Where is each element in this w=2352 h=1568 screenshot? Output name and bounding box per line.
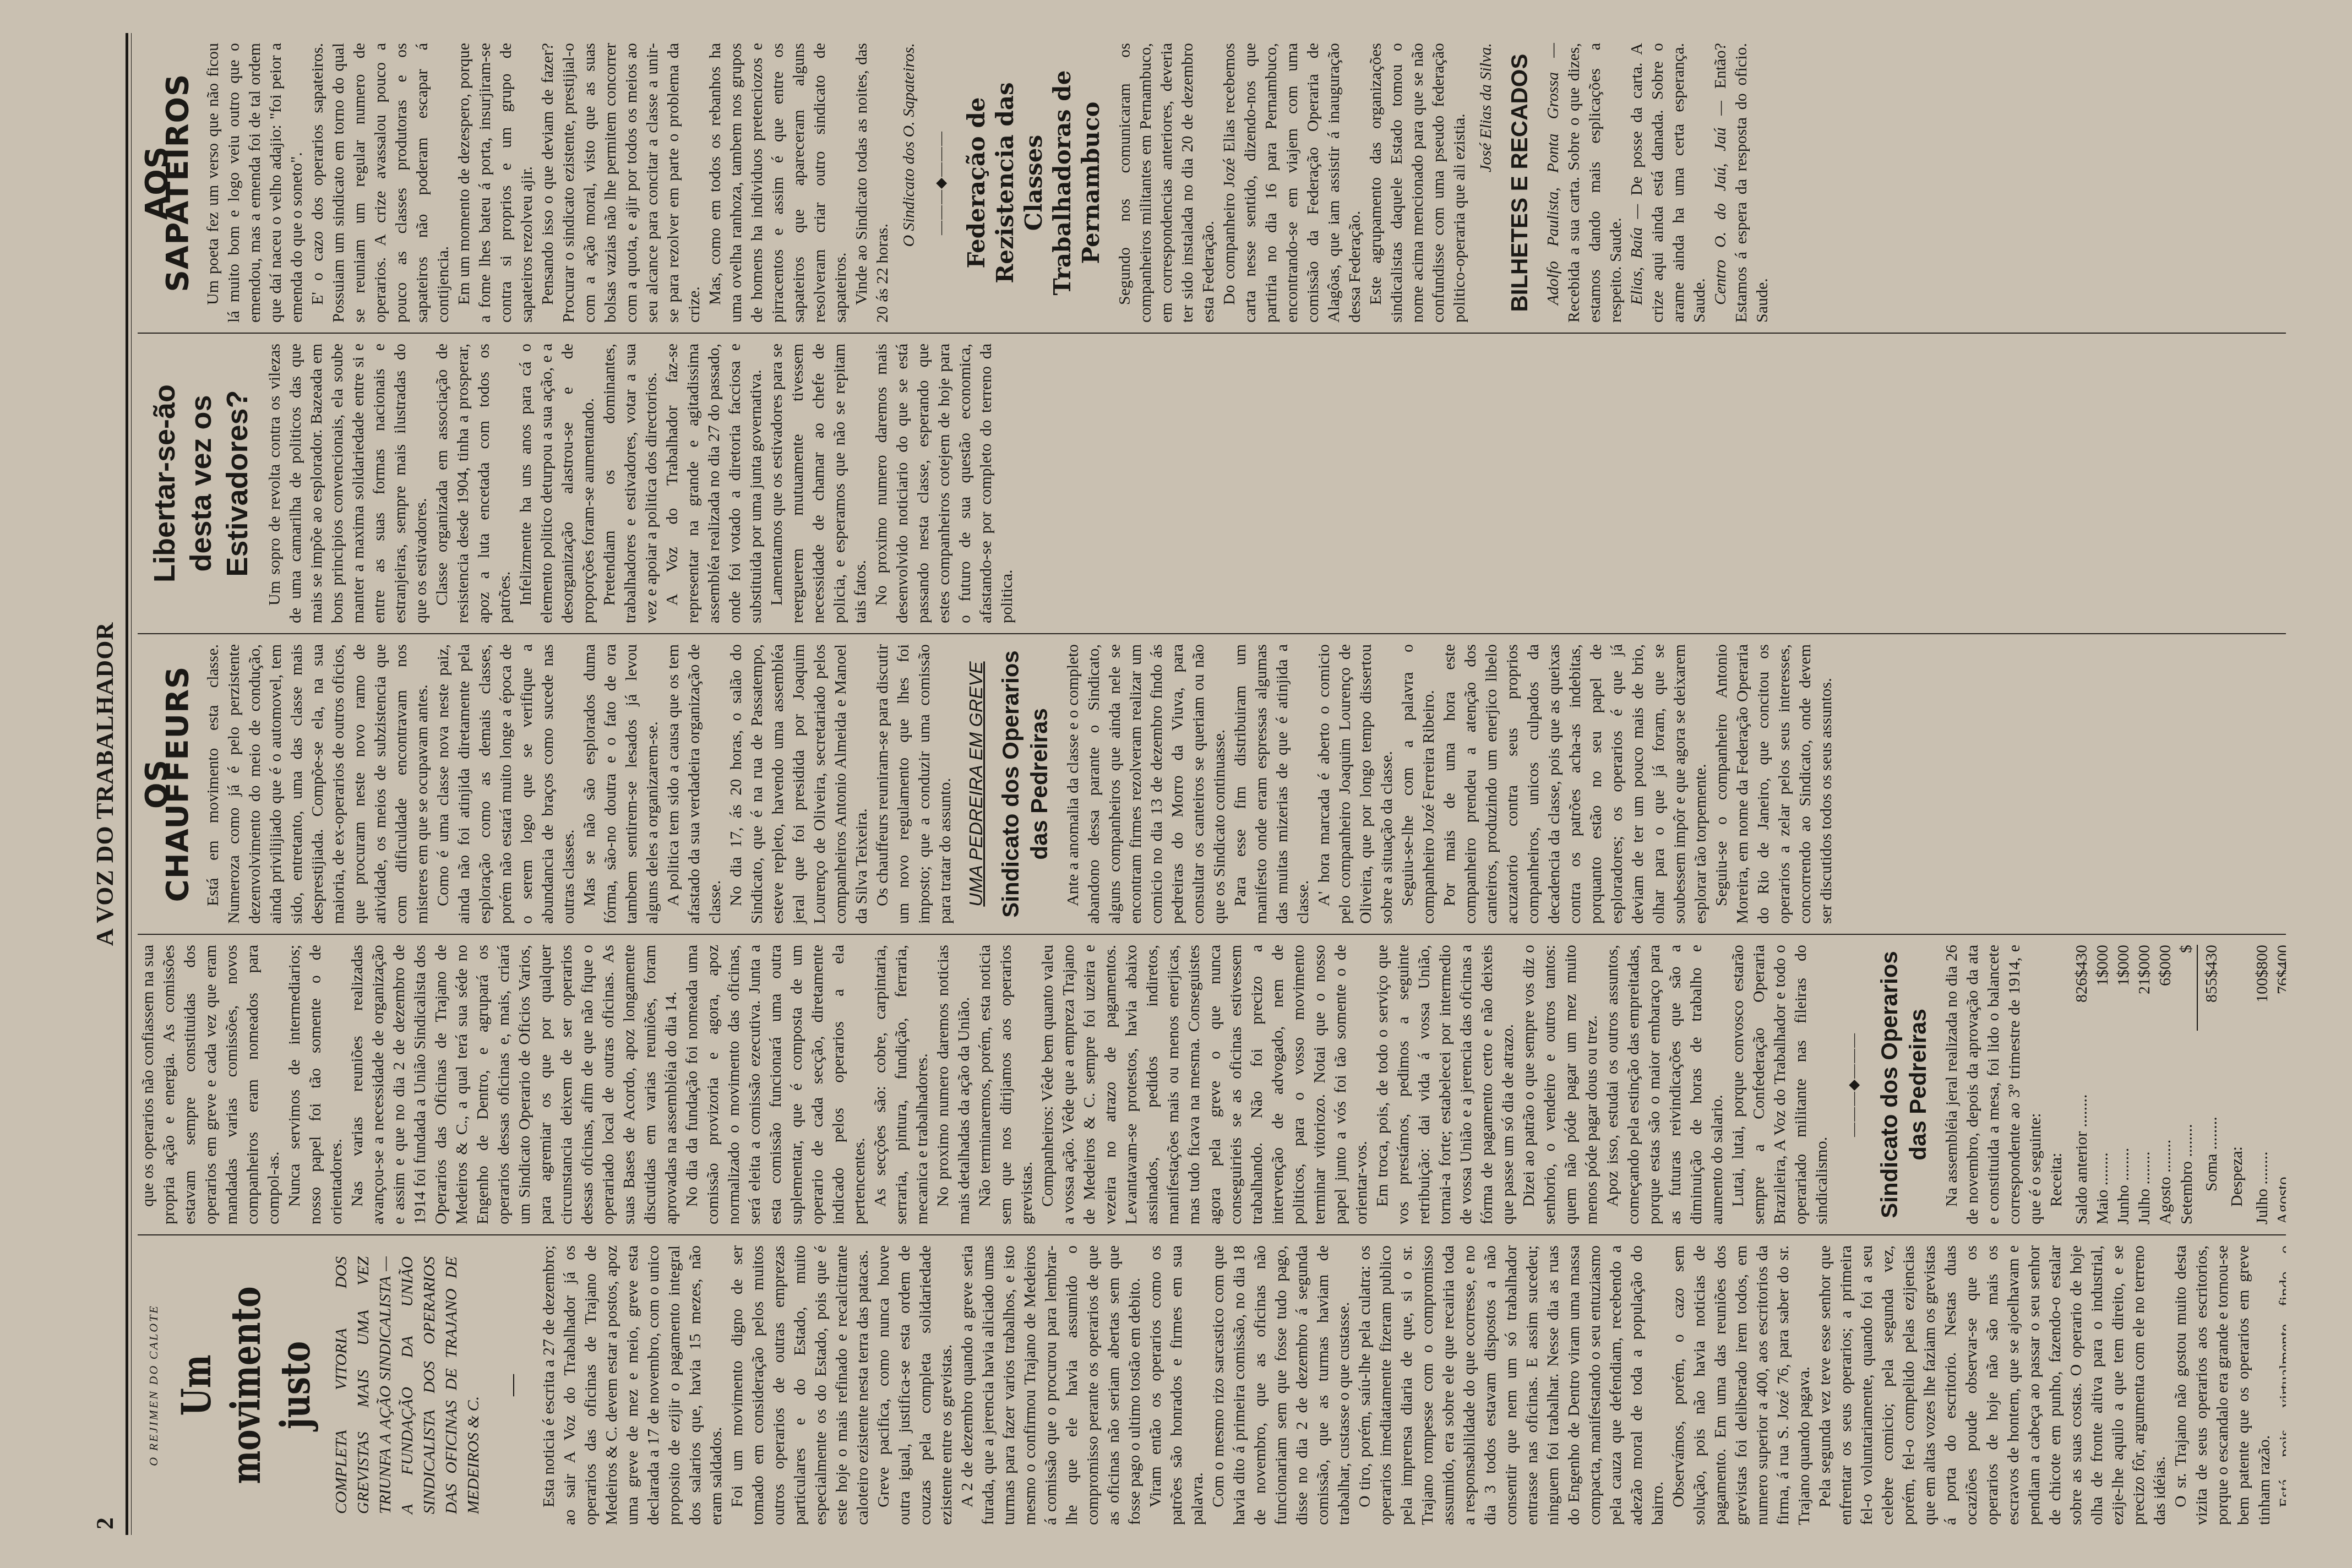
paragraph: Como é uma classe nova neste paiz, ainda… [433,644,579,924]
ledger-item: Agosto ........ [2273,1028,2286,1224]
paragraph: Foi um movimento digno de ser tomado em … [727,1245,873,1525]
paragraph: Apoz isso, estudai os outros assuntos, c… [1602,945,1728,1224]
paragraph: A' hora marcada é aberto o comicio pelo … [1314,644,1397,924]
article-headline: Libertar-se-ão desta vez os Estivadores? [146,344,255,623]
ledger-item: Junho ........ [2113,1031,2134,1224]
paragraph: Infelizmente ha uns anos para cá o eleme… [515,344,599,623]
ledger-item: Setembro ........ [2176,1031,2197,1224]
note-recipient: Centro O. do Jaú, Jaú — [1711,89,1729,305]
column-5: AOS SAPATEIROS Um poeta fez um verso que… [138,33,2286,333]
paragraph: A 2 de dezembro quando a greve seria fur… [957,1245,1145,1525]
ledger-item: Julho ........ [2252,1028,2273,1224]
ledger-amount: $ [2176,945,2197,1031]
ledger-item: Agosto ........ [2155,1031,2176,1224]
paragraph: Companheiros: Vêde bem quanto valeu a vo… [1037,945,1372,1224]
article-headline: Sindicato dos Operarios das Pedreiras [1875,945,1932,1224]
article-kicker: O REJIMEN DO CALOTE [143,1245,164,1525]
paragraph: Vinde ao Sindicato todas as noites, das … [851,43,893,323]
paragraph: Por mais de uma hora este companheiro pr… [1439,644,1711,924]
newspaper-title: A VOZ DO TRABALHADOR [91,622,119,946]
article-body: Ante a anomalia da classe e o completo a… [1063,644,1837,924]
ledger-amount: 1$000 [2113,945,2134,1031]
paragraph: No proximo numero daremos mais desenvolv… [871,344,1017,623]
article-body: Está em movimento esta classe. Numeroza … [203,644,956,924]
note-item: Elias, Baía — De posse da carta. A crize… [1626,43,1710,323]
newspaper-page: 2 A VOZ DO TRABALHADOR O REJIMEN DO CALO… [0,0,2352,1568]
paragraph: Mas se não são esplorados duma fórma, sã… [579,644,663,924]
ornament-divider: ―――◆――― [1843,945,1864,1224]
section-title: UMA PEDREIRA EM GREVE [966,644,987,924]
paragraph: Greve pacifica, como nunca houve outra i… [873,1245,957,1525]
paragraph: Pela segunda vez teve esse senhor que en… [1815,1245,2170,1525]
ledger-row: Julho ........100$800 [2252,945,2273,1224]
column-1: O REJIMEN DO CALOTE Um movimento justo C… [138,1234,2286,1535]
paragraph: Com o mesmo rizo sarcastico com que havi… [1208,1245,1354,1525]
paragraph: Em um momento de dezespero, porque a fom… [454,43,537,323]
ledger-row: Maio ........1$000 [2092,945,2113,1224]
article-intro: Na assembléia jeral realizada no dia 26 … [1941,945,2046,1224]
paragraph: Um sopro de revolta contra os vilezas de… [264,344,432,623]
column-3: OS CHAUFFEURS Está em movimento esta cla… [138,633,2286,934]
article-body: Segundo nos comunicaram os companheiros … [1114,43,1470,323]
paragraph: Observámos, porém, o cazo sem solução, p… [1668,1245,1815,1525]
ledger-amount: 21$000 [2134,945,2155,1031]
paragraph: Mas, como em todos os rebanhos ha uma ov… [705,43,851,323]
notes-list: Adolfo Paulista, Ponta Grossa — Recebida… [1543,43,1773,323]
paragraph: Está, pois, virtualmente findo o movimen… [2275,1245,2286,1525]
ledger-row: Setembro ........$ [2176,945,2197,1224]
paragraph: Pretendiam os dominantes, trabalhadores … [599,344,662,623]
note-recipient: Adolfo Paulista, Ponta Grossa — [1544,43,1562,305]
paragraph: A politica tem sido a causa que os tem a… [663,644,726,924]
article-subhead: Completa vitoria dos grevistas mais uma … [330,1256,484,1514]
paragraph: No proximo numero daremos noticias mais … [933,945,974,1224]
article-signature: O Sindicato dos O. Sapateiros. [899,43,919,323]
note-item: Adolfo Paulista, Ponta Grossa — Recebida… [1543,43,1626,323]
paragraph: Nunca servimos de intermediarios; nosso … [284,945,347,1224]
paragraph: Um poeta fez um verso que não ficou lá m… [203,43,307,323]
paragraph: Viram então os operarios como os patrões… [1145,1245,1208,1525]
ledger-row: Julho ........21$000 [2134,945,2155,1224]
paragraph: Esta noticia é escrita a 27 de dezembro;… [538,1245,727,1525]
note-item: Centro O. do Jaú, Jaú — Então? Estamos á… [1710,43,1773,323]
paragraph: E' o cazo dos operarios sapateiros. Poss… [307,43,454,323]
article-headline: Sindicato dos Operarios das Pedreiras [997,644,1054,924]
article-headline: AOS SAPATEIROS [146,43,188,323]
column-2: que os operarios não confiassem na sua p… [138,934,2286,1234]
ledger-amount: 100$800 [2252,945,2273,1028]
ledger-row: Agosto ........76$400 [2273,945,2286,1224]
paragraph: O sr. Trajano não gostou muito desta viz… [2170,1245,2275,1525]
paragraph: Dizei ao patrão o que sempre vos diz o s… [1518,945,1602,1224]
paragraph: que os operarios não confiassem na sua p… [138,945,284,1224]
article-continuation: que os operarios não confiassem na sua p… [138,945,1832,1224]
paragraph: Em troca, pois, de todo o serviço que vo… [1372,945,1518,1224]
paragraph: Seguiu-se-lhe com a palavra o companheir… [1397,644,1439,924]
article-signature: José Elias da Silva. [1476,43,1496,323]
ledger-amount: 6$000 [2155,945,2176,1031]
ledger-despeza-label: Despeza: [2226,945,2247,1224]
column-4: Libertar-se-ão desta vez os Estivadores?… [138,333,2286,633]
paragraph: As secções são: cobre, carpintaria, serr… [870,945,933,1224]
paragraph: O tiro, porém, saíu-lhe pela culatra: os… [1354,1245,1668,1525]
paragraph: Ante a anomalia da classe e o completo a… [1063,644,1230,924]
article-headline: Federação de Rezistencia das Classes Tra… [962,43,1106,323]
paragraph: Não terminaremos, porém, esta noticia se… [974,945,1037,1224]
ornament-divider: ―――◆――― [930,43,951,323]
ledger-row: Saldo anterior ........826$430 [2071,945,2092,1224]
article-headline: Um movimento justo [172,1273,320,1497]
ledger-amount: 76$400 [2273,945,2286,1028]
paragraph: Este agrupamento das organizações sindic… [1365,43,1470,323]
paragraph: Os chauffeurs reuniram-se para discutir … [872,644,956,924]
article-headline: OS CHAUFFEURS [146,644,188,924]
paragraph: Seguiu-se o companheiro Antonio Moreira,… [1711,644,1837,924]
paragraph: Pensando isso o que deviam de fazer? Pro… [537,43,705,323]
ledger-receita: Saldo anterior ........826$430Maio .....… [2071,945,2222,1224]
masthead-rule [126,33,128,1535]
ledger-row: Agosto ........6$000 [2155,945,2176,1224]
masthead: 2 A VOZ DO TRABALHADOR [88,39,121,1529]
ledger-item: Maio ........ [2092,1031,2113,1224]
ledger-item: Saldo anterior ........ [2071,1031,2092,1224]
paragraph: No dia 17, ás 20 horas, o salão do Sindi… [726,644,872,924]
paragraph: No dia da fundação foi nomeada uma comis… [682,945,870,1224]
article-headline: BILHETES E RECADOS [1505,43,1534,323]
separator: — [501,1245,522,1525]
paragraph: Do companheiro Jozé Elias recebemos cart… [1219,43,1365,323]
ledger-total: 855$430 [2197,945,2222,1031]
article-body: Esta noticia é escrita a 27 de dezembro;… [538,1245,2286,1525]
paragraph: Lamentamos que os estivadores para se re… [766,344,871,623]
ledger-total-label: Soma ........ [2197,1031,2222,1224]
paragraph: Para esse fim distribuiram um manifesto … [1230,644,1314,924]
note-recipient: Elias, Baía — [1627,195,1646,305]
ledger-despeza: Julho ........100$800Agosto ........76$4… [2252,945,2286,1224]
masthead-rule-thin [131,33,132,1535]
ledger-receita-label: Receita: [2046,945,2067,1224]
article-body: Um sopro de revolta contra os vilezas de… [264,344,1017,623]
ledger-row: Junho ........1$000 [2113,945,2134,1224]
paragraph: Nas varias reuniões realizadas avançou-s… [347,945,682,1224]
paragraph: A Voz do Trabalhador faz-se representar … [662,344,766,623]
paragraph: Está em movimento esta classe. Numeroza … [203,644,433,924]
ledger-item: Julho ........ [2134,1031,2155,1224]
article-body: Um poeta fez um verso que não ficou lá m… [203,43,893,323]
columns: O REJIMEN DO CALOTE Um movimento justo C… [138,33,2286,1535]
paragraph: Classe organizada em associação de resis… [432,344,515,623]
paragraph: Lutai, lutai, porque convosco estarão se… [1728,945,1832,1224]
ledger-amount: 826$430 [2071,945,2092,1031]
page-number: 2 [91,1452,119,1529]
ledger-total-row: Soma ........855$430 [2197,945,2222,1224]
paragraph: Segundo nos comunicaram os companheiros … [1114,43,1219,323]
ledger-amount: 1$000 [2092,945,2113,1031]
